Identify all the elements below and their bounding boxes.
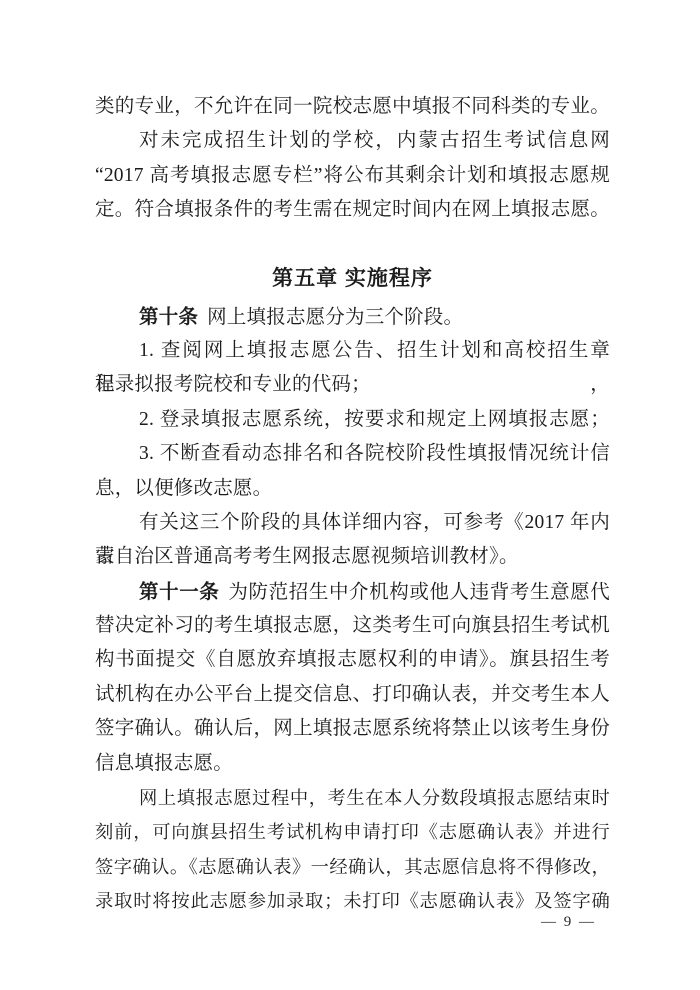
text-line: 1. 查阅网上填报志愿公告、招生计划和高校招生章程， xyxy=(95,334,610,368)
text-line: 类的专业，不允许在同一院校志愿中填报不同科类的专业。 xyxy=(95,90,610,124)
line-text: 刻前，可向旗县招生考试机构申请打印《志愿确认表》并进行 xyxy=(95,822,610,842)
line-text: 记录拟报考院校和专业的代码； xyxy=(95,374,371,395)
text-line: 3. 不断查看动态排名和各院校阶段性填报情况统计信 xyxy=(95,437,610,471)
text-line: 网上填报志愿过程中，考生在本人分数段填报志愿结束时 xyxy=(95,781,610,815)
text-line: 信息填报志愿。 xyxy=(95,747,610,781)
line-text: 2. 登录填报志愿系统，按要求和规定上网填报志愿； xyxy=(139,409,610,430)
text-line: 有关这三个阶段的具体详细内容，可参考《2017 年内蒙 xyxy=(95,506,610,540)
line-text: 息，以便修改志愿。 xyxy=(95,478,272,499)
line-text: 构书面提交《自愿放弃填报志愿权利的申请》。旗县招生考 xyxy=(95,649,610,670)
text-line: 录取时将按此志愿参加录取；未打印《志愿确认表》及签字确 xyxy=(95,884,610,918)
line-text: 签字确认。《志愿确认表》一经确认，其志愿信息将不得修改， xyxy=(95,857,610,877)
text-line: 构书面提交《自愿放弃填报志愿权利的申请》。旗县招生考 xyxy=(95,643,610,677)
text-line: 刻前，可向旗县招生考试机构申请打印《志愿确认表》并进行 xyxy=(95,815,610,849)
line-text: 网上填报志愿过程中，考生在本人分数段填报志愿结束时 xyxy=(139,788,610,808)
text-line: 定。符合填报条件的考生需在规定时间内在网上填报志愿。 xyxy=(95,193,610,227)
page-number: — 9 — xyxy=(541,914,596,931)
text-line: 签字确认。《志愿确认表》一经确认，其志愿信息将不得修改， xyxy=(95,850,610,884)
text-line: 试机构在办公平台上提交信息、打印确认表，并交考生本人 xyxy=(95,678,610,712)
line-text: 信息填报志愿。 xyxy=(95,753,233,774)
line-text: 类的专业，不允许在同一院校志愿中填报不同科类的专业。 xyxy=(95,96,610,117)
line-text: 签字确认。确认后，网上填报志愿系统将禁止以该考生身份 xyxy=(95,718,610,739)
line-text: 网上填报志愿分为三个阶段。 xyxy=(207,307,463,328)
line-text: 录取时将按此志愿参加录取；未打印《志愿确认表》及签字确 xyxy=(95,891,610,911)
text-line: 签字确认。确认后，网上填报志愿系统将禁止以该考生身份 xyxy=(95,712,610,746)
line-text: “2017 高考填报志愿专栏”将公布其剩余计划和填报志愿规 xyxy=(95,165,610,186)
document-body: 类的专业，不允许在同一院校志愿中填报不同科类的专业。对未完成招生计划的学校，内蒙… xyxy=(95,90,610,919)
document-page: 类的专业，不允许在同一院校志愿中填报不同科类的专业。对未完成招生计划的学校，内蒙… xyxy=(0,0,700,990)
line-text: 试机构在办公平台上提交信息、打印确认表，并交考生本人 xyxy=(95,684,610,705)
text-line: “2017 高考填报志愿专栏”将公布其剩余计划和填报志愿规 xyxy=(95,159,610,193)
text-line: 古自治区普通高考考生网报志愿视频培训教材》。 xyxy=(95,540,610,574)
text-line: 2. 登录填报志愿系统，按要求和规定上网填报志愿； xyxy=(95,403,610,437)
text-line: 对未完成招生计划的学校，内蒙古招生考试信息网 xyxy=(95,124,610,158)
line-text: 为防范招生中介机构或他人违背考生意愿代 xyxy=(228,582,610,603)
line-text: 3. 不断查看动态排名和各院校阶段性填报情况统计信 xyxy=(139,443,610,464)
text-line: 替决定补习的考生填报志愿，这类考生可向旗县招生考试机 xyxy=(95,609,610,643)
article-number: 第十一条 xyxy=(139,581,219,603)
text-line: 第十一条为防范招生中介机构或他人违背考生意愿代 xyxy=(95,575,610,609)
line-text: 替决定补习的考生填报志愿，这类考生可向旗县招生考试机 xyxy=(95,615,610,636)
text-line: 第十条网上填报志愿分为三个阶段。 xyxy=(95,300,610,334)
line-text: 古自治区普通高考考生网报志愿视频培训教材》。 xyxy=(95,546,519,567)
chapter-heading: 第五章 实施程序 xyxy=(95,264,610,294)
line-text: 定。符合填报条件的考生需在规定时间内在网上填报志愿。 xyxy=(95,199,610,220)
text-line: 息，以便修改志愿。 xyxy=(95,472,610,506)
article-number: 第十条 xyxy=(139,306,198,328)
line-text: 对未完成招生计划的学校，内蒙古招生考试信息网 xyxy=(139,130,610,151)
